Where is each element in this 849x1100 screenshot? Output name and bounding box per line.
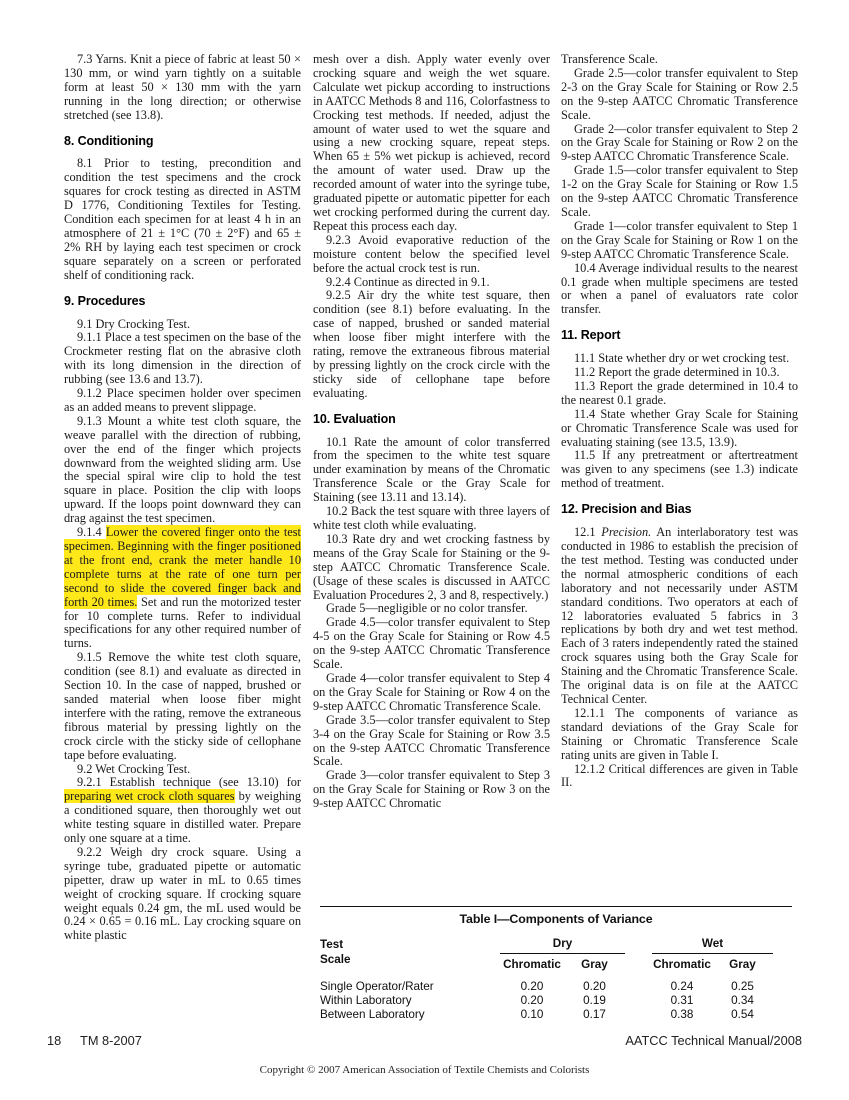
section-heading: 8. Conditioning bbox=[64, 135, 301, 149]
column-left: 7.3 Yarns. Knit a piece of fabric at lea… bbox=[64, 53, 301, 943]
paragraph: 10.4 Average individual results to the n… bbox=[561, 262, 798, 318]
paragraph: 9.2.2 Weigh dry crock square. Using a sy… bbox=[64, 846, 301, 943]
paragraph: 11.2 Report the grade determined in 10.3… bbox=[561, 366, 798, 380]
paragraph: Grade 3.5—color transfer equivalent to S… bbox=[313, 714, 550, 770]
paragraph: 9.1.2 Place specimen holder over specime… bbox=[64, 387, 301, 415]
table-subheader-wet-gray: Gray bbox=[712, 954, 773, 972]
table-subheader-dry-chromatic: Chromatic bbox=[500, 954, 564, 972]
paragraph: 9.1 Dry Crocking Test. bbox=[64, 318, 301, 332]
page-number: 18 bbox=[47, 1033, 61, 1048]
highlighted-text: Lower the covered finger onto the test s… bbox=[64, 525, 301, 609]
table-cell: 0.54 bbox=[712, 1008, 773, 1022]
table-group-wet: Wet bbox=[652, 937, 773, 954]
paragraph: 11.4 State whether Gray Scale for Staini… bbox=[561, 408, 798, 450]
table-cell: 0.24 bbox=[652, 972, 712, 994]
paragraph: Grade 1.5—color transfer equivalent to S… bbox=[561, 164, 798, 220]
paragraph: 12.1.1 The components of variance as sta… bbox=[561, 707, 798, 763]
paragraph: Grade 1—color transfer equivalent to Ste… bbox=[561, 220, 798, 262]
paragraph: Grade 4—color transfer equivalent to Ste… bbox=[313, 672, 550, 714]
table-cell: 0.20 bbox=[564, 972, 625, 994]
table-cell: 0.31 bbox=[652, 994, 712, 1008]
paragraph: 9.1.4 Lower the covered finger onto the … bbox=[64, 526, 301, 651]
highlighted-text: preparing wet crock cloth squares bbox=[64, 789, 235, 803]
paragraph: mesh over a dish. Apply water evenly ove… bbox=[313, 53, 550, 234]
table-row-label: Between Laboratory bbox=[320, 1008, 500, 1022]
table-group-dry: Dry bbox=[500, 937, 625, 954]
section-heading: 9. Procedures bbox=[64, 295, 301, 309]
manual-title: AATCC Technical Manual/2008 bbox=[625, 1033, 802, 1048]
paragraph: Grade 4.5—color transfer equivalent to S… bbox=[313, 616, 550, 672]
paragraph: 12.1.2 Critical differences are given in… bbox=[561, 763, 798, 791]
italic-text: Precision. bbox=[601, 525, 651, 539]
table-cell: 0.25 bbox=[712, 972, 773, 994]
table-row-header-line1: Test bbox=[320, 937, 500, 952]
paragraph: 9.2.1 Establish technique (see 13.10) fo… bbox=[64, 776, 301, 846]
section-heading: 11. Report bbox=[561, 329, 798, 343]
table-cell: 0.34 bbox=[712, 994, 773, 1008]
table-cell: 0.20 bbox=[500, 994, 564, 1008]
copyright-line: Copyright © 2007 American Association of… bbox=[0, 1064, 849, 1076]
paragraph: 9.2.4 Continue as directed in 9.1. bbox=[313, 276, 550, 290]
paragraph: Transference Scale. bbox=[561, 53, 798, 67]
paragraph: 9.1.3 Mount a white test cloth square, t… bbox=[64, 415, 301, 526]
document-page: 7.3 Yarns. Knit a piece of fabric at lea… bbox=[0, 0, 849, 1100]
paragraph: 9.1.5 Remove the white test cloth square… bbox=[64, 651, 301, 762]
paragraph: 9.2.3 Avoid evaporative reduction of the… bbox=[313, 234, 550, 276]
paragraph: 10.1 Rate the amount of color transferre… bbox=[313, 436, 550, 506]
paragraph: 11.3 Report the grade determined in 10.4… bbox=[561, 380, 798, 408]
table-row-label: Within Laboratory bbox=[320, 994, 500, 1008]
table-title: Table I—Components of Variance bbox=[320, 912, 792, 926]
paragraph: 9.2 Wet Crocking Test. bbox=[64, 763, 301, 777]
table-top-rule bbox=[320, 906, 792, 907]
paragraph: 10.2 Back the test square with three lay… bbox=[313, 505, 550, 533]
table-subheader-wet-chromatic: Chromatic bbox=[652, 954, 712, 972]
document-id: TM 8-2007 bbox=[80, 1033, 142, 1048]
paragraph: Grade 5—negligible or no color transfer. bbox=[313, 602, 550, 616]
paragraph: Grade 3—color transfer equivalent to Ste… bbox=[313, 769, 550, 811]
paragraph: 8.1 Prior to testing, precondition and c… bbox=[64, 157, 301, 282]
section-heading: 12. Precision and Bias bbox=[561, 503, 798, 517]
table-cell: 0.17 bbox=[564, 1008, 625, 1022]
table-cell: 0.38 bbox=[652, 1008, 712, 1022]
paragraph: Grade 2.5—color transfer equivalent to S… bbox=[561, 67, 798, 123]
table-cell: 0.19 bbox=[564, 994, 625, 1008]
column-right: Transference Scale.Grade 2.5—color trans… bbox=[561, 53, 798, 790]
paragraph: 10.3 Rate dry and wet crocking fastness … bbox=[313, 533, 550, 603]
page-footer: 18 TM 8-2007 AATCC Technical Manual/2008 bbox=[47, 1033, 802, 1049]
column-middle: mesh over a dish. Apply water evenly ove… bbox=[313, 53, 550, 811]
paragraph: 9.1.1 Place a test specimen on the base … bbox=[64, 331, 301, 387]
paragraph: 11.5 If any pretreatment or aftertreatme… bbox=[561, 449, 798, 491]
paragraph: 7.3 Yarns. Knit a piece of fabric at lea… bbox=[64, 53, 301, 123]
table-row-label: Single Operator/Rater bbox=[320, 972, 500, 994]
table-row-header: Test Scale bbox=[320, 937, 500, 967]
components-of-variance-table: Table I—Components of Variance Test Scal… bbox=[320, 906, 792, 1022]
table-row-header-line2: Scale bbox=[320, 952, 500, 967]
paragraph: 12.1 Precision. An interlaboratory test … bbox=[561, 526, 798, 707]
paragraph: Grade 2—color transfer equivalent to Ste… bbox=[561, 123, 798, 165]
paragraph: 11.1 State whether dry or wet crocking t… bbox=[561, 352, 798, 366]
paragraph: 9.2.5 Air dry the white test square, the… bbox=[313, 289, 550, 400]
section-heading: 10. Evaluation bbox=[313, 413, 550, 427]
table-subheader-dry-gray: Gray bbox=[564, 954, 625, 972]
table-cell: 0.10 bbox=[500, 1008, 564, 1022]
table-cell: 0.20 bbox=[500, 972, 564, 994]
